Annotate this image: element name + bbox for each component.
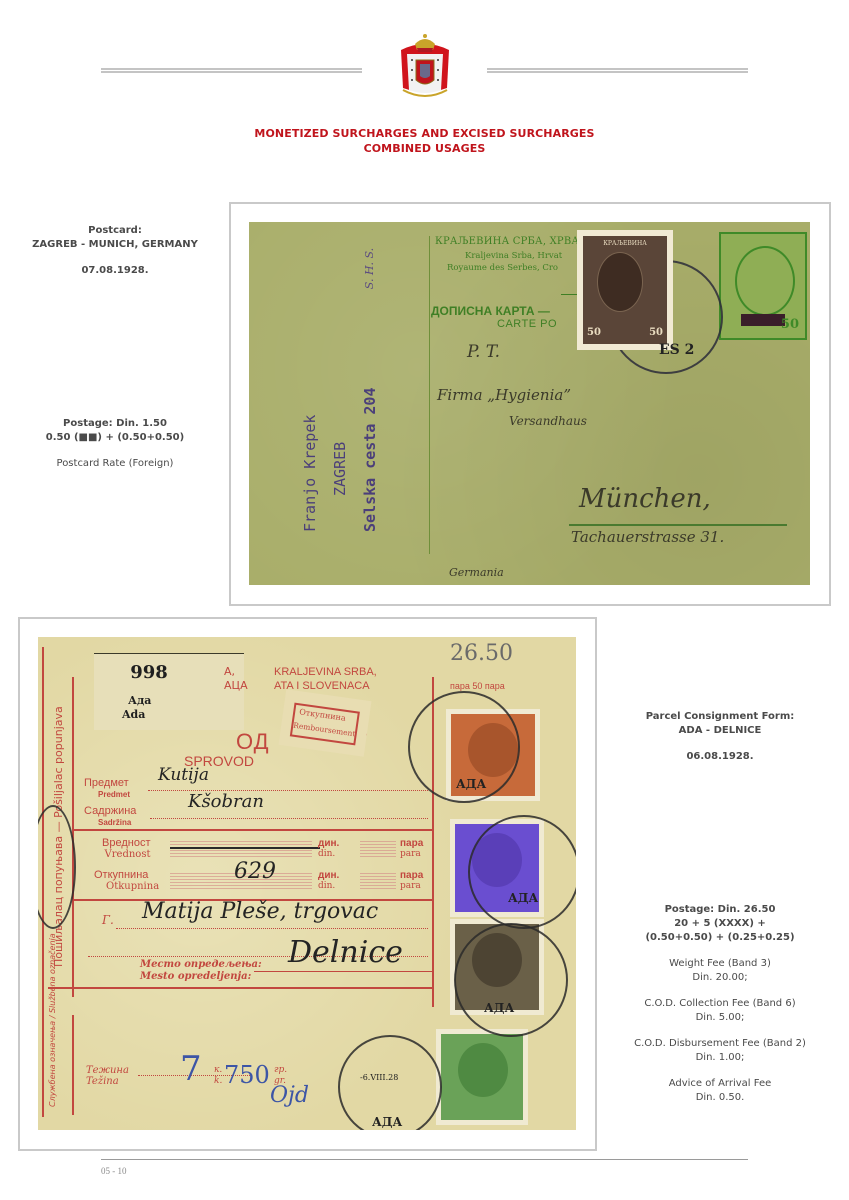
card-header: КРАЉЕВИНА СРБА, ХРВА Kraljevina Srba, Hr… [435,236,579,273]
header-rule-left [101,68,362,73]
indicium-value: 50 [781,317,799,332]
g-unit-cyr: гр. [274,1065,287,1076]
cod-para-cyr: пара [400,870,423,881]
form-divider-3 [48,987,432,989]
card-type-cyrillic: ДОПИСНА КАРТА — [431,304,550,318]
cod-para-lat: para [400,881,423,892]
addressee-prefix: Г. [102,913,114,927]
parcel-caption: Parcel Consignment Form: ADA - DELNICE 0… [600,710,840,764]
title-line-2: COMBINED USAGES [0,141,849,156]
subject-label-lat: Predmet [84,789,130,801]
item-date: 07.08.1928. [0,264,230,278]
para-lat: para [400,849,423,860]
sender-name: Franjo Krepek [295,388,325,533]
postmark-date: -6.VIII.28 [360,1073,398,1082]
postmark-edge [38,805,76,929]
label-city-cyrillic: Ада [128,694,151,707]
content-label-lat: Sadržina [84,817,136,829]
fee-advice-name: Advice of Arrival Fee [600,1077,840,1091]
destination-value: Delnice [288,935,403,970]
fee-cod-disbursement-amount: Din. 1.00; [600,1051,840,1065]
imprinted-stamp: 50 [719,232,807,340]
page-number: 05 - 10 [101,1166,127,1176]
item-route: ZAGREB - MUNICH, GERMANY [0,238,230,252]
sender-note: S. H. S. [363,248,376,289]
item-route: ADA - DELNICE [600,724,840,738]
kingdom-line-1: KRALJEVINA SRBA, [274,665,377,679]
cod-label: Откупнина Remboursement [279,689,372,756]
subject-label: Предмет Predmet [84,777,130,801]
sender-street: Selska cesta 204 [355,388,385,533]
postmark-text: ES 2 [659,342,694,358]
cod-din-cyr: дин. [318,870,339,881]
item-type: Parcel Consignment Form: [600,710,840,724]
addressee-country: Germania [449,566,504,579]
fee-weight-amount: Din. 20.00; [600,971,840,985]
value-strikeout [170,847,320,849]
city-underline [569,524,787,526]
subject-value: Kutija [158,765,209,785]
addressee-line [116,927,428,929]
value-din: дин. din. [318,838,339,860]
header-rule-right [487,68,748,73]
postage-title: Postage: Din. 1.50 [0,417,230,431]
page-title: MONETIZED SURCHARGES AND EXCISED SURCHAR… [0,126,849,156]
kingdom-prefix: A, АЦА [224,665,248,693]
parcel-form-image: Пошиљалац попуњава — Pošiljalac popunjav… [38,637,576,1130]
value-label-cyr: Вредност [102,837,150,849]
postmark-1-text: АДА [456,777,486,791]
cod-value: 629 [234,859,276,884]
postcard-image: Franjo Krepek ZAGREB Selska cesta 204 S.… [249,222,810,585]
postmark-4-text: АДА [372,1115,402,1129]
content-line [150,817,428,819]
footer-rule [101,1159,748,1160]
postmark-2-text: АДА [508,891,538,905]
prefix-1: A, [224,665,248,679]
cod-din-lat: din. [318,881,339,892]
parcel-number: 998 [94,662,204,683]
addressee-dept: Versandhaus [509,414,587,428]
weight-label-lat: Težina [86,1076,129,1087]
salutation: P. T. [467,342,500,362]
sender-city: ZAGREB [325,388,355,533]
sender-address: Franjo Krepek ZAGREB Selska cesta 204 [295,282,415,532]
weight-label-cyr: Тежина [86,1065,129,1076]
postmark-3 [454,923,568,1037]
postage-breakdown-2: (0.50+0.50) + (0.25+0.25) [600,931,840,945]
kg-unit: к. k. [214,1065,222,1087]
destination-label-lat: Mesto opredeljenja: [140,971,262,983]
form-divider-1 [72,829,432,831]
postage-breakdown-1: 20 + 5 (XXXX) + [600,917,840,931]
prefix-2: АЦА [224,679,248,693]
stamp-value-right: 50 [649,327,663,338]
addressee-firm: Firma „Hygienia” [437,386,571,404]
weight-kg: 7 [180,1049,202,1089]
adhesive-stamp: КРАЉЕВИНА 50 50 [577,230,673,350]
stamp-value-left: 50 [587,327,601,338]
postmark-3-text: АДА [484,1001,514,1015]
item-type: Postcard: [0,224,230,238]
fee-advice-amount: Din. 0.50. [600,1091,840,1105]
handwritten-total: 26.50 [450,641,513,666]
para-note: пара 50 пара [450,681,505,691]
fee-cod-collection-name: C.O.D. Collection Fee (Band 6) [600,997,840,1011]
content-label-cyr: Садржина [84,805,136,817]
side-text-official: Службена означења / Službena označenja [48,1087,57,1107]
header-latin: Kraljevina Srba, Hrvat [465,251,579,261]
weight-label: Тежина Težina [86,1065,129,1087]
fee-cod-collection-amount: Din. 5.00; [600,1011,840,1025]
form-side-divider-2 [72,1015,74,1115]
postage-rate: Postcard Rate (Foreign) [0,457,230,471]
subject-label-cyr: Предмет [84,777,129,789]
portrait-oval [735,246,795,316]
header-french: Royaume des Serbes, Cro [447,263,579,273]
parcel-postage: Postage: Din. 26.50 20 + 5 (XXXX) + (0.5… [600,903,840,1105]
destination-line [254,971,432,972]
postcard-postage: Postage: Din. 1.50 0.50 (■■) + (0.50+0.5… [0,417,230,471]
din-lat: din. [318,849,339,860]
king-portrait [597,252,643,312]
kg-unit-cyr: к. [214,1065,222,1076]
fee-cod-disbursement-name: C.O.D. Disbursement Fee (Band 2) [600,1037,840,1051]
din-cyr: дин. [318,838,339,849]
postage-title: Postage: Din. 26.50 [600,903,840,917]
para-cyr: пара [400,838,423,849]
addressee-street: Tachauerstrasse 31. [571,528,724,546]
stamp-25-para-surcharged [436,1029,528,1125]
fee-weight-name: Weight Fee (Band 3) [600,957,840,971]
content-value: Kšobran [188,791,264,812]
value-para-guilloche [360,839,396,857]
cod-amount-label: Откупнина Otkupnina [94,869,159,893]
weight-grams: 750 [224,1061,270,1089]
postage-breakdown: 0.50 (■■) + (0.50+0.50) [0,431,230,445]
value-para: пара para [400,838,423,860]
cod-para-guilloche [360,871,396,889]
obliterating-bar [741,314,785,326]
postmark-2 [468,815,576,929]
clerk-initials: Ojd [270,1083,309,1108]
item-date: 06.08.1928. [600,750,840,764]
addressee-value: Matija Pleše, trgovac [142,899,378,924]
postcard-caption: Postcard: ZAGREB - MUNICH, GERMANY 07.08… [0,224,230,278]
content-label: Садржина Sadržina [84,805,136,829]
title-line-1: MONETIZED SURCHARGES AND EXCISED SURCHAR… [0,126,849,141]
value-label-lat: Vrednost [102,849,150,861]
parcel-number-label: 998 Ада Ada [94,653,244,730]
cod-label-lat: Otkupnina [94,881,159,893]
label-city-latin: Ada [122,708,145,721]
addressee-city: München, [579,484,711,514]
destination-label-cyr: Место опредељења: [140,959,262,971]
divider-line [429,236,430,554]
header-cyrillic: КРАЉЕВИНА СРБА, ХРВА [435,236,579,247]
cod-para: пара para [400,870,423,892]
stamp-inscription: КРАЉЕВИНА [577,240,673,247]
cod-din: дин. din. [318,870,339,892]
card-type-french: CARTE PO [497,318,557,330]
royal-coat-of-arms-icon [397,30,453,102]
cod-label-cyr: Откупнина [94,869,148,881]
form-title-part1: ОД [236,729,270,755]
destination-label: Место опредељења: Mesto opredeljenja: [140,959,262,983]
kg-unit-lat: k. [214,1076,222,1087]
value-label: Вредност Vrednost [102,837,150,861]
